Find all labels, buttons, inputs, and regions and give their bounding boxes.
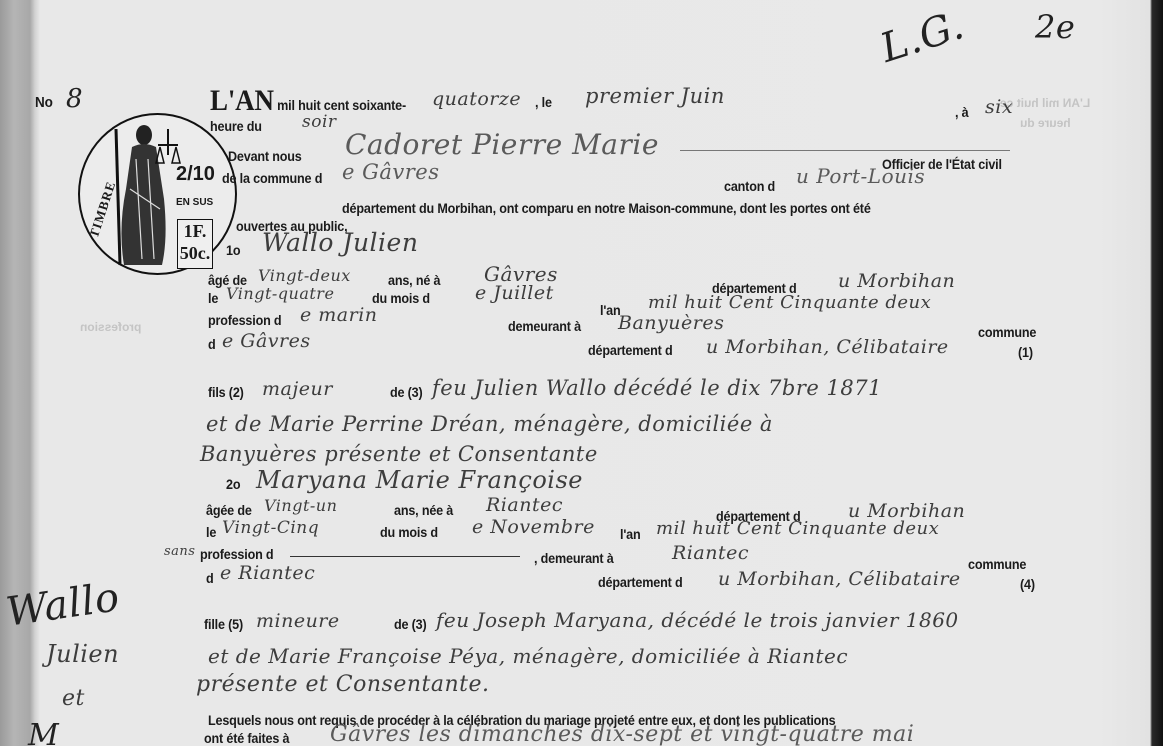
date-handwritten: premier Juin xyxy=(585,84,725,108)
year-handwritten: quatorze xyxy=(432,88,521,110)
stamp-price-franc: 1F. xyxy=(178,220,212,242)
register-number: 8 xyxy=(66,84,83,114)
groom-dept2-label: département d xyxy=(588,342,672,358)
bride-birthday-handwritten: Vingt-Cinq xyxy=(222,518,319,538)
publications-handwritten: Gâvres les dimanches dix-sept et vingt-q… xyxy=(330,722,914,746)
groom-residence-handwritten: Banyuères xyxy=(618,312,724,334)
period-handwritten: soir xyxy=(302,112,337,132)
groom-d-label: d xyxy=(208,336,216,352)
bride-commune-label: commune xyxy=(968,556,1026,572)
bride-d-label: d xyxy=(206,570,214,586)
bride-demeurant-label: , demeurant à xyxy=(534,550,614,566)
hour-handwritten: six xyxy=(985,96,1013,118)
bride-ans-nee-label: ans, née à xyxy=(394,502,453,518)
timbre-stamp: TIMBRE 2/10 EN SUS 1F. 50c. xyxy=(78,113,237,275)
groom-profession-handwritten: e marin xyxy=(300,304,378,326)
margin-note-surname: Wallo xyxy=(3,574,122,635)
fill-line xyxy=(680,150,1010,151)
bride-parents-line-3: présente et Consentante. xyxy=(196,672,490,697)
bleed-through-text: L'AN mil huit ce xyxy=(1000,96,1090,110)
commune-handwritten: e Gâvres xyxy=(342,160,440,184)
canton-label: canton d xyxy=(724,178,775,194)
bride-name-handwritten: Maryana Marie Françoise xyxy=(256,466,583,494)
register-page: L'AN mil huit ce heure du profession L.G… xyxy=(0,0,1163,746)
groom-ans-ne-label: ans, né à xyxy=(388,272,440,288)
bride-year-handwritten: mil huit Cent Cinquante deux xyxy=(656,518,939,539)
a-label: , à xyxy=(955,104,968,120)
initials-mark: L.G. xyxy=(875,2,970,72)
stamp-surcharge-note: EN SUS xyxy=(176,197,213,208)
register-number-label: No xyxy=(35,94,53,111)
bride-mois-label: du mois d xyxy=(380,524,438,540)
bride-number: 2o xyxy=(226,476,240,492)
bride-le-label: le xyxy=(206,524,216,540)
margin-note-et: et xyxy=(62,686,85,711)
bride-parents-line-2: et de Marie Françoise Péya, ménagère, do… xyxy=(208,644,848,668)
groom-commune-label: commune xyxy=(978,324,1036,340)
groom-profession-label: profession d xyxy=(208,312,281,328)
bleed-through-text: profession xyxy=(80,320,141,334)
groom-mois-label: du mois d xyxy=(372,290,430,306)
groom-name-handwritten: Wallo Julien xyxy=(262,228,418,257)
groom-parents-line-3: Banyuères présente et Consentante xyxy=(200,442,598,466)
strike-line xyxy=(290,556,520,557)
fils-label: fils (2) xyxy=(208,384,244,400)
groom-number: 1o xyxy=(226,242,240,258)
canton-handwritten: u Port-Louis xyxy=(796,164,925,188)
fille-label: fille (5) xyxy=(204,616,243,632)
bleed-through-text: heure du xyxy=(1020,116,1071,130)
stamp-price-box: 1F. 50c. xyxy=(177,219,213,269)
bride-note-ref: (4) xyxy=(1020,576,1035,592)
bride-profession-label: profession d xyxy=(200,546,273,562)
bride-residence-handwritten: Riantec xyxy=(672,542,749,564)
commune-label: de la commune d xyxy=(222,170,322,186)
groom-birthday-handwritten: Vingt-quatre xyxy=(226,284,334,303)
bride-parents-line-1: feu Joseph Maryana, décédé le trois janv… xyxy=(436,608,959,632)
stamp-price-cent: 50c. xyxy=(178,242,212,264)
bride-dept2-handwritten: u Morbihan, Célibataire xyxy=(718,568,961,590)
bride-age-handwritten: Vingt-un xyxy=(264,496,337,515)
bride-de-label: de (3) xyxy=(394,616,427,632)
groom-note-ref: (1) xyxy=(1018,344,1033,360)
stamp-surcharge: 2/10 xyxy=(176,163,215,186)
bride-an-label: l'an xyxy=(620,526,640,542)
groom-dept-handwritten: u Morbihan xyxy=(838,270,955,292)
publications-label: ont été faites à xyxy=(204,730,289,746)
department-line: département du Morbihan, ont comparu en … xyxy=(342,200,871,216)
officer-name-handwritten: Cadoret Pierre Marie xyxy=(345,128,659,161)
devant-nous-label: Devant nous xyxy=(228,148,302,164)
groom-status-handwritten: majeur xyxy=(262,378,333,400)
groom-year-handwritten: mil huit Cent Cinquante deux xyxy=(648,292,931,313)
bride-dept2-label: département d xyxy=(598,574,682,590)
groom-le-label: le xyxy=(208,290,218,306)
bride-sans-handwritten: sans xyxy=(164,544,195,559)
groom-demeurant-label: demeurant à xyxy=(508,318,581,334)
bride-birthplace-handwritten: Riantec xyxy=(486,494,563,516)
heure-du-label: heure du xyxy=(210,118,262,134)
groom-month-handwritten: e Juillet xyxy=(475,282,554,304)
groom-parents-line-2: et de Marie Perrine Dréan, ménagère, dom… xyxy=(206,412,773,436)
le-label: , le xyxy=(535,94,552,110)
groom-commune-handwritten: e Gâvres xyxy=(222,330,311,352)
header-printed-year: mil huit cent soixante- xyxy=(277,97,406,113)
margin-note-next: M xyxy=(28,718,59,746)
bride-commune-handwritten: e Riantec xyxy=(220,562,315,584)
groom-parents-line-1: feu Julien Wallo décédé le dix 7bre 1871 xyxy=(432,376,882,400)
groom-age-handwritten: Vingt-deux xyxy=(258,266,351,285)
margin-note-firstname: Julien xyxy=(46,640,119,668)
page-mark: 2e xyxy=(1035,8,1075,46)
groom-de-label: de (3) xyxy=(390,384,423,400)
groom-dept2-handwritten: u Morbihan, Célibataire xyxy=(706,336,949,358)
bride-month-handwritten: e Novembre xyxy=(472,516,595,538)
bride-age-label: âgée de xyxy=(206,502,252,518)
l-an-label: L'AN xyxy=(210,84,274,117)
bride-status-handwritten: mineure xyxy=(256,610,340,632)
